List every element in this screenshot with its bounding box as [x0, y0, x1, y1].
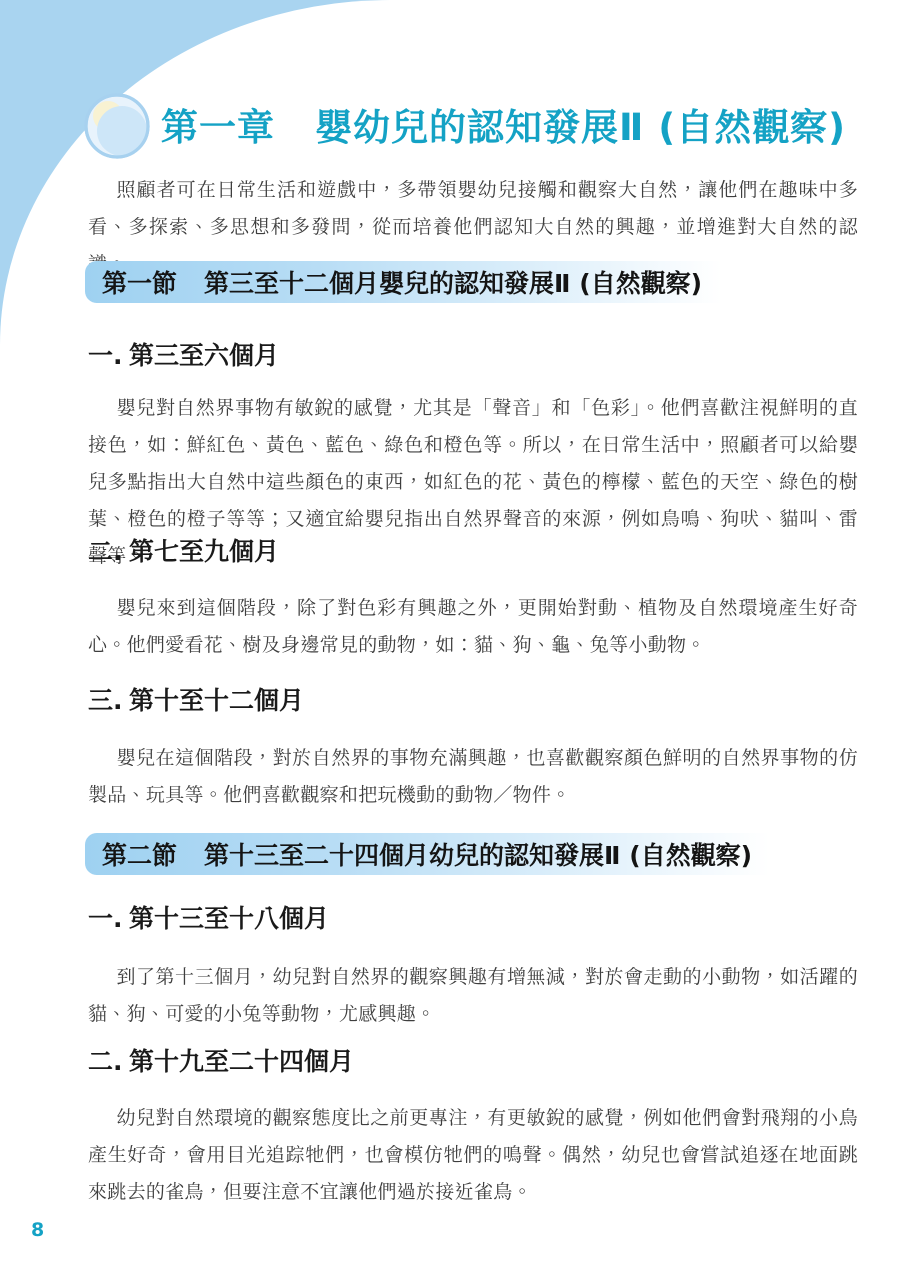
subsection-2-2-paragraph: 幼兒對自然環境的觀察態度比之前更專注，有更敏銳的感覺，例如他們會對飛翔的小鳥產生… [88, 1100, 858, 1211]
chapter-title: 第一章嬰幼兒的認知發展Ⅱ (自然觀察) [161, 97, 846, 151]
subsection-1-3-paragraph: 嬰兒在這個階段，對於自然界的事物充滿興趣，也喜歡觀察顏色鮮明的自然界事物的仿製品… [88, 740, 858, 814]
section-2-label: 第二節 [102, 836, 177, 872]
bubble-icon [84, 93, 150, 159]
subsection-1-2-paragraph: 嬰兒來到這個階段，除了對色彩有興趣之外，更開始對動、植物及自然環境產生好奇心。他… [88, 590, 858, 664]
section-1-header: 第一節 第三至十二個月嬰兒的認知發展Ⅱ (自然觀察) [85, 261, 748, 303]
subsection-2-1-title: 第十三至十八個月 [129, 904, 329, 933]
section-1-title: 第三至十二個月嬰兒的認知發展Ⅱ (自然觀察) [204, 264, 702, 300]
chapter-label: 第一章 [161, 106, 275, 149]
subsection-1-1-heading: 一.第三至六個月 [88, 340, 279, 372]
chapter-title-text: 嬰幼兒的認知發展Ⅱ (自然觀察) [315, 106, 846, 149]
subsection-1-3-heading: 三.第十至十二個月 [88, 685, 304, 717]
subsection-1-3-number: 三. [88, 685, 129, 717]
subsection-1-2-title: 第七至九個月 [129, 537, 279, 566]
subsection-1-2-heading: 二.第七至九個月 [88, 536, 279, 568]
section-2-title: 第十三至二十四個月幼兒的認知發展Ⅱ (自然觀察) [204, 836, 752, 872]
subsection-1-1-number: 一. [88, 340, 129, 372]
subsection-2-1-number: 一. [88, 903, 129, 935]
subsection-1-3-title: 第十至十二個月 [129, 686, 304, 715]
subsection-1-1-title: 第三至六個月 [129, 341, 279, 370]
subsection-1-2-number: 二. [88, 536, 129, 568]
section-1-label: 第一節 [102, 264, 177, 300]
section-2-header: 第二節 第十三至二十四個月幼兒的認知發展Ⅱ (自然觀察) [85, 833, 798, 875]
subsection-2-1-paragraph: 到了第十三個月，幼兒對自然界的觀察興趣有增無減，對於會走動的小動物，如活躍的貓、… [88, 959, 858, 1033]
subsection-2-2-heading: 二.第十九至二十四個月 [88, 1046, 354, 1078]
page-number: 8 [31, 1219, 44, 1241]
subsection-2-2-number: 二. [88, 1046, 129, 1078]
subsection-2-1-heading: 一.第十三至十八個月 [88, 903, 329, 935]
subsection-2-2-title: 第十九至二十四個月 [129, 1047, 354, 1076]
